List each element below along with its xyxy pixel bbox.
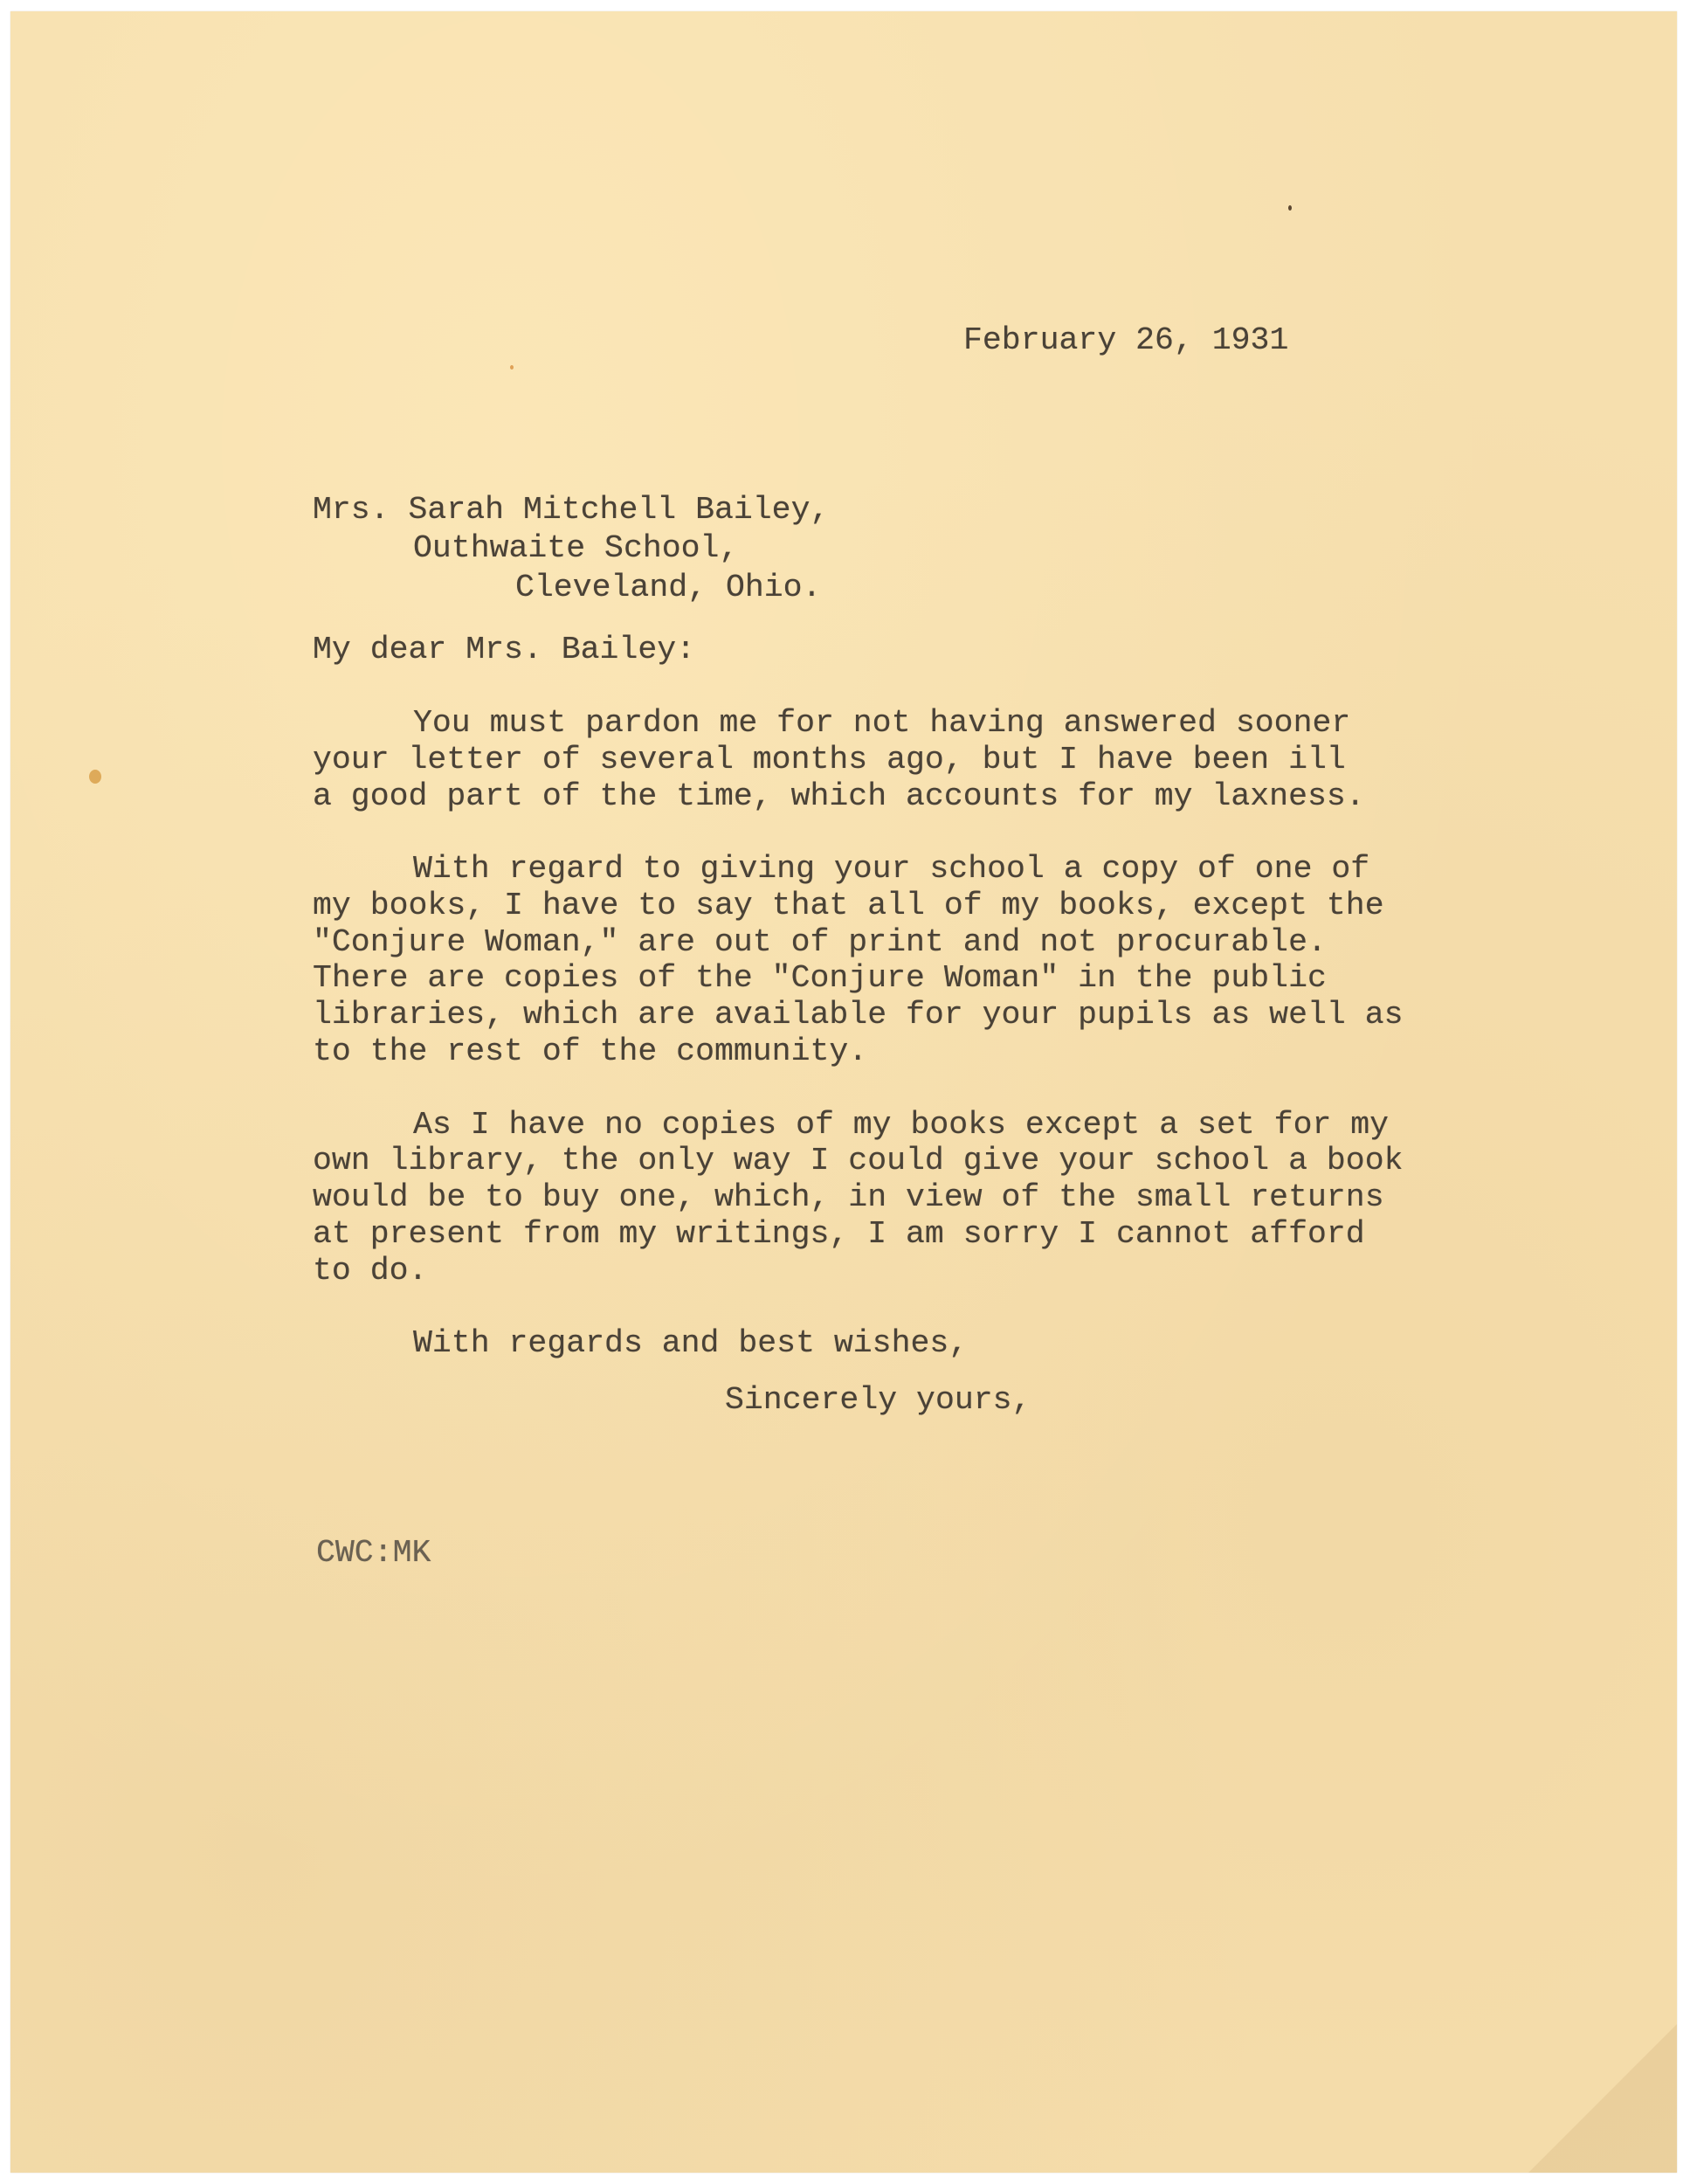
paragraph-line: libraries, which are available for your … bbox=[313, 997, 1404, 1033]
paragraph-line: As I have no copies of my books except a… bbox=[413, 1107, 1389, 1144]
paragraph-line: a good part of the time, which accounts … bbox=[313, 778, 1365, 815]
paragraph-line: my books, I have to say that all of my b… bbox=[313, 888, 1384, 924]
ink-speck bbox=[1288, 205, 1292, 211]
paragraph-line: to do. bbox=[313, 1253, 427, 1289]
salutation: My dear Mrs. Bailey: bbox=[313, 632, 695, 668]
letter-date: February 26, 1931 bbox=[963, 322, 1288, 359]
paragraph-line: "Conjure Woman," are out of print and no… bbox=[313, 924, 1327, 961]
stain-spot bbox=[89, 770, 101, 784]
letter-page bbox=[10, 11, 1677, 2173]
folded-corner bbox=[1528, 2024, 1677, 2173]
paragraph-line: at present from my writings, I am sorry … bbox=[313, 1216, 1365, 1253]
reference-initials: CWC:MK bbox=[316, 1535, 431, 1572]
paragraph-line: There are copies of the "Conjure Woman" … bbox=[313, 960, 1327, 997]
paragraph-line: would be to buy one, which, in view of t… bbox=[313, 1179, 1384, 1216]
paragraph-line: You must pardon me for not having answer… bbox=[413, 705, 1350, 742]
paragraph-line: With regard to giving your school a copy… bbox=[413, 851, 1369, 888]
closing-remark: With regards and best wishes, bbox=[413, 1325, 968, 1362]
recipient-school: Outhwaite School, bbox=[413, 530, 738, 567]
recipient-name: Mrs. Sarah Mitchell Bailey, bbox=[313, 492, 829, 529]
recipient-city: Cleveland, Ohio. bbox=[515, 570, 821, 606]
paragraph-line: own library, the only way I could give y… bbox=[313, 1143, 1404, 1179]
paragraph-line: to the rest of the community. bbox=[313, 1033, 867, 1070]
paragraph-line: your letter of several months ago, but I… bbox=[313, 742, 1346, 778]
complimentary-close: Sincerely yours, bbox=[725, 1382, 1031, 1419]
paper-speck bbox=[510, 365, 514, 370]
